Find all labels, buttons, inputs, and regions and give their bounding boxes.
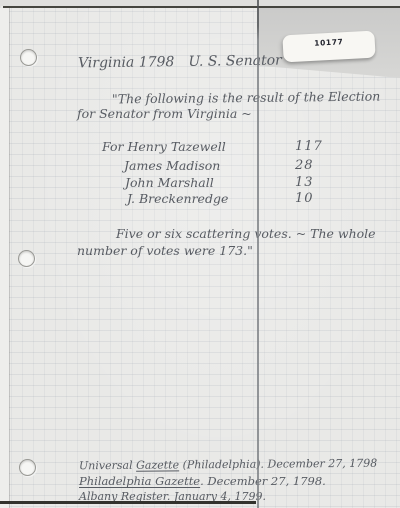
citation-title: Gazette [136, 458, 179, 471]
punch-hole-bottom [19, 459, 36, 476]
punch-hole-middle [18, 250, 35, 267]
citation-line: Philadelphia Gazette. December 27, 1798. [79, 474, 326, 488]
citation-text: Universal [79, 459, 136, 472]
scanned-document-page: 10177 Virginia 1798U. S. Senator "The fo… [0, 0, 400, 508]
catalog-number: 10177 [314, 37, 344, 60]
catalog-label-sticker: 10177 [282, 31, 375, 63]
citation-text: . December 27, 1798. [200, 474, 326, 488]
punch-hole-top [20, 49, 37, 66]
vertical-crease-line [257, 0, 259, 508]
citation-title: Philadelphia Gazette [79, 474, 200, 488]
page-bottom-edge-line [0, 501, 256, 504]
citation-text: (Philadelphia). December 27, 1798 [179, 457, 377, 472]
source-citations: Universal Gazette (Philadelphia). Decemb… [0, 0, 400, 508]
citation-line: Universal Gazette (Philadelphia). Decemb… [79, 457, 377, 473]
